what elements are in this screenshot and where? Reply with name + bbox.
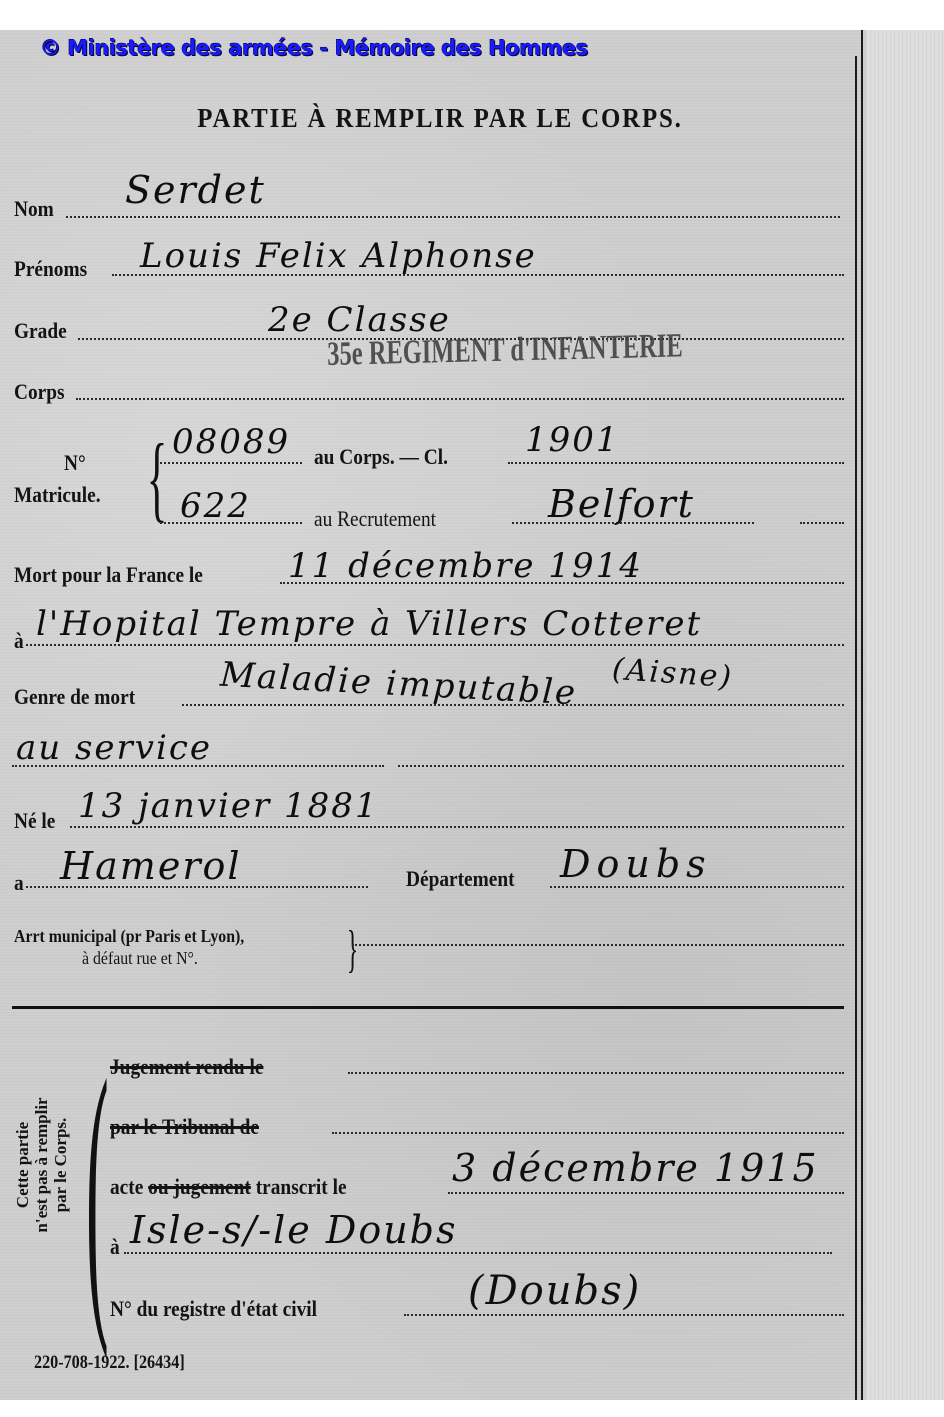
tribunal-label: par le Tribunal de [110, 1114, 259, 1140]
civil-section-brace: ( [86, 1040, 109, 1340]
recrutement-place-dotted-line-end [800, 522, 844, 524]
mort-lieu-value: l'Hopital Tempre à Villers Cotteret [36, 604, 702, 644]
nom-label: Nom [14, 196, 54, 222]
tribunal-dotted-line [332, 1132, 844, 1134]
arrondissement-label-line2: à défaut rue et N°. [82, 948, 198, 969]
ne-le-value: 13 janvier 1881 [78, 786, 379, 826]
nom-dotted-line [66, 216, 840, 218]
acte-label-suffix: transcrit le [251, 1174, 347, 1199]
ne-le-dotted-line [70, 826, 844, 828]
paper-edge-strip [866, 30, 944, 1400]
copyright-watermark: © Ministère des armées - Mémoire des Hom… [40, 36, 588, 60]
mort-lieu-dotted-line [26, 644, 844, 646]
arrondissement-dotted-line [352, 944, 844, 946]
matricule-corps-dotted-line [160, 462, 302, 464]
jugement-label: Jugement rendu le [110, 1054, 263, 1080]
matricule-recrutement-number: 622 [180, 486, 251, 526]
matricule-corps-suffix: au Corps. — Cl. [314, 444, 448, 470]
mort-date-label: Mort pour la France le [14, 562, 203, 588]
matricule-recrutement-suffix: au Recrutement [314, 506, 436, 532]
mort-date-value: 11 décembre 1914 [288, 546, 643, 586]
matricule-corps-number: 08089 [172, 422, 290, 462]
acte-label: acte ou jugement transcrit le [110, 1174, 347, 1200]
corps-label: Corps [14, 379, 65, 405]
classe-dotted-line [508, 462, 844, 464]
jugement-dotted-line [348, 1072, 844, 1074]
matricule-label-no: N° [64, 450, 86, 476]
side-note-line3: par le Corps. [51, 1055, 70, 1275]
ne-le-label: Né le [14, 808, 55, 834]
margin-rule-outer [861, 30, 863, 1400]
section-divider [12, 1006, 844, 1009]
classe-value: 1901 [525, 420, 620, 460]
ne-lieu-label: a [14, 870, 24, 896]
matricule-label: Matricule. [14, 482, 101, 508]
departement-dotted-line [550, 886, 844, 888]
margin-rule-inner [855, 56, 857, 1400]
transcription-lieu-label: à [110, 1234, 120, 1260]
print-reference: 220-708-1922. [26434] [34, 1352, 185, 1374]
grade-label: Grade [14, 318, 67, 344]
genre-mort-dotted-line-3 [398, 765, 844, 767]
side-note-line2: n'est pas à remplir [32, 1055, 51, 1275]
prenoms-label: Prénoms [14, 256, 87, 282]
registre-label: N° du registre d'état civil [110, 1296, 317, 1322]
prenoms-value: Louis Felix Alphonse [140, 236, 537, 276]
ne-lieu-value: Hamerol [60, 844, 242, 888]
departement-label: Département [406, 866, 515, 892]
corps-dotted-line [76, 398, 844, 400]
registre-value: (Doubs) [468, 1268, 641, 1314]
civil-section-side-note: Cette partie n'est pas à remplir par le … [13, 1055, 70, 1275]
genre-mort-value-line2: au service [16, 728, 212, 768]
acte-value: 3 décembre 1915 [452, 1146, 819, 1190]
side-note-line1: Cette partie [13, 1055, 32, 1275]
acte-label-prefix: acte [110, 1174, 148, 1199]
arrondissement-label-line1: Arrt municipal (pr Paris et Lyon), [14, 926, 244, 947]
acte-dotted-line [448, 1192, 844, 1194]
genre-mort-label: Genre de mort [14, 684, 135, 710]
form-title: PARTIE À REMPLIR PAR LE CORPS. [35, 103, 845, 134]
arrondissement-brace: } [347, 924, 358, 976]
recrutement-place-value: Belfort [548, 482, 695, 526]
departement-value: Doubs [560, 842, 712, 886]
acte-label-struck: ou jugement [148, 1174, 251, 1199]
transcription-lieu-value: Isle-s/-le Doubs [130, 1208, 458, 1252]
registre-dotted-line [404, 1314, 844, 1316]
mort-lieu-label: à [14, 628, 24, 654]
matricule-brace: { [147, 430, 168, 526]
transcription-lieu-dotted-line [124, 1252, 832, 1254]
nom-value: Serdet [125, 168, 266, 212]
